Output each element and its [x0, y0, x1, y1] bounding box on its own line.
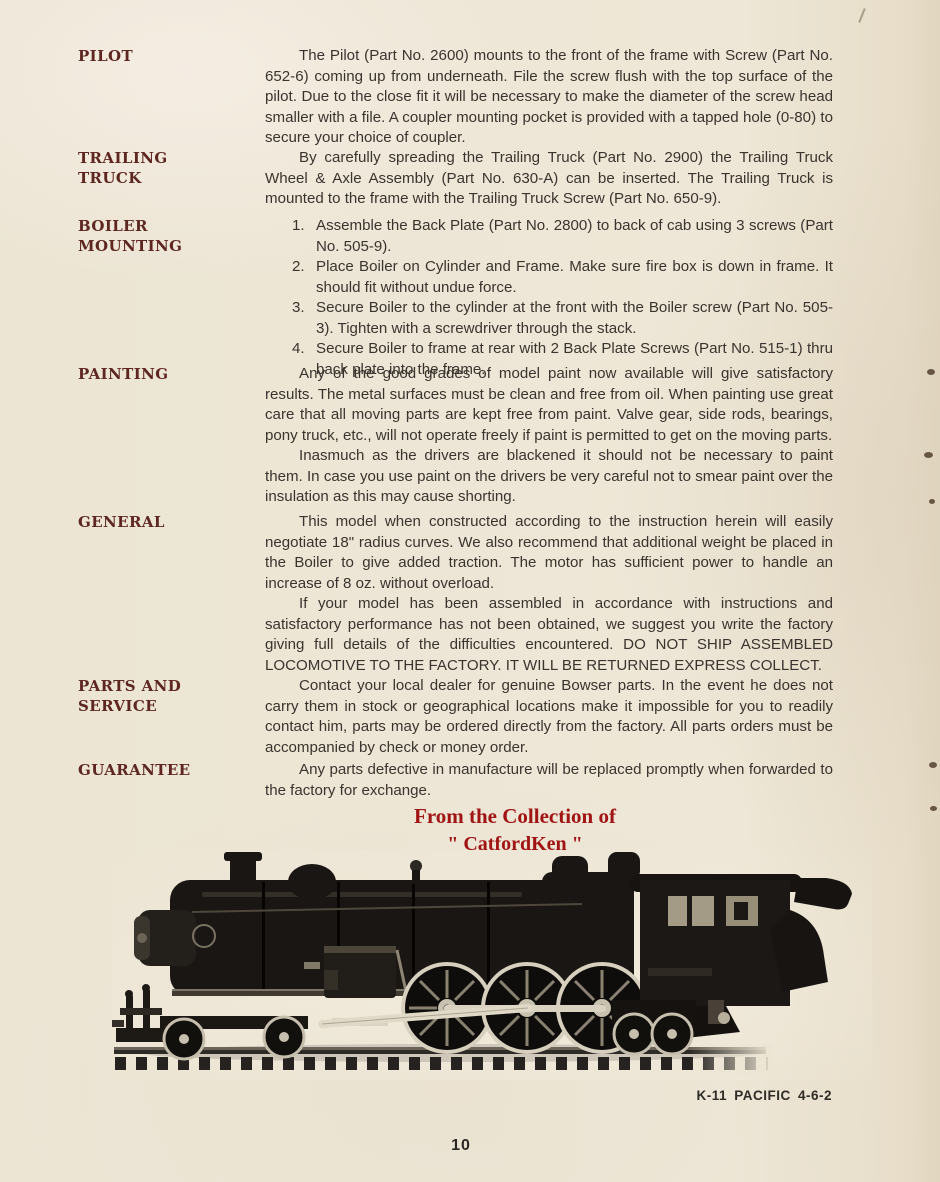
locomotive-photo: [112, 850, 872, 1085]
section-trailing-truck: TRAILING TRUCK By carefully spreading th…: [78, 148, 833, 210]
section-heading: PAINTING: [78, 364, 265, 508]
list-item-text: Secure Boiler to the cylinder at the fro…: [316, 298, 833, 339]
binding-mark: [930, 806, 937, 811]
list-item-text: Place Boiler on Cylinder and Frame. Make…: [316, 257, 833, 298]
photo-caption: K-11 PACIFIC 4-6-2: [620, 1088, 832, 1103]
binding-mark: [929, 499, 935, 504]
list-item-number: 1.: [292, 216, 316, 257]
list-item-text: Assemble the Back Plate (Part No. 2800) …: [316, 216, 833, 257]
scratch-mark: [858, 8, 865, 23]
section-body: By carefully spreading the Trailing Truc…: [265, 148, 833, 210]
list-item: 3. Secure Boiler to the cylinder at the …: [292, 298, 833, 339]
page-number: 10: [0, 1137, 922, 1155]
body-paragraph: This model when constructed according to…: [265, 512, 833, 594]
numbered-list: 1. Assemble the Back Plate (Part No. 280…: [292, 216, 833, 380]
section-body: Any of the good grades of model paint no…: [265, 364, 833, 508]
binding-mark: [924, 452, 933, 458]
body-paragraph: Any of the good grades of model paint no…: [265, 364, 833, 446]
section-body: Contact your local dealer for genuine Bo…: [265, 676, 833, 758]
list-item: 2. Place Boiler on Cylinder and Frame. M…: [292, 257, 833, 298]
section-body: This model when constructed according to…: [265, 512, 833, 676]
section-heading: PILOT: [78, 46, 265, 149]
collection-credit: From the Collection of " CatfordKen ": [200, 804, 830, 856]
section-pilot: PILOT The Pilot (Part No. 2600) mounts t…: [78, 46, 833, 149]
binding-mark: [927, 369, 935, 375]
locomotive-illustration: [112, 850, 872, 1080]
body-paragraph: Any parts defective in manufacture will …: [265, 760, 833, 801]
list-item: 1. Assemble the Back Plate (Part No. 280…: [292, 216, 833, 257]
list-item-number: 3.: [292, 298, 316, 339]
body-paragraph: Contact your local dealer for genuine Bo…: [265, 676, 833, 758]
section-body: The Pilot (Part No. 2600) mounts to the …: [265, 46, 833, 149]
section-general: GENERAL This model when constructed acco…: [78, 512, 833, 676]
section-painting: PAINTING Any of the good grades of model…: [78, 364, 833, 508]
body-paragraph: By carefully spreading the Trailing Truc…: [265, 148, 833, 210]
section-body: Any parts defective in manufacture will …: [265, 760, 833, 801]
list-item-number: 2.: [292, 257, 316, 298]
collection-credit-line1: From the Collection of: [200, 804, 830, 828]
section-heading: GENERAL: [78, 512, 265, 676]
section-guarantee: GUARANTEE Any parts defective in manufac…: [78, 760, 833, 801]
body-paragraph: Inasmuch as the drivers are blackened it…: [265, 446, 833, 508]
section-boiler-mounting: BOILER MOUNTING 1. Assemble the Back Pla…: [78, 216, 833, 380]
section-body: 1. Assemble the Back Plate (Part No. 280…: [265, 216, 833, 380]
section-parts-and-service: PARTS AND SERVICE Contact your local dea…: [78, 676, 833, 758]
binding-mark: [929, 762, 937, 768]
section-heading: GUARANTEE: [78, 760, 265, 801]
body-paragraph: If your model has been assembled in acco…: [265, 594, 833, 676]
section-heading: PARTS AND SERVICE: [78, 676, 265, 758]
section-heading: BOILER MOUNTING: [78, 216, 265, 380]
body-paragraph: The Pilot (Part No. 2600) mounts to the …: [265, 46, 833, 149]
section-heading: TRAILING TRUCK: [78, 148, 265, 210]
document-page: { "colors": { "paper": "#ece5d4", "headi…: [0, 0, 940, 1182]
